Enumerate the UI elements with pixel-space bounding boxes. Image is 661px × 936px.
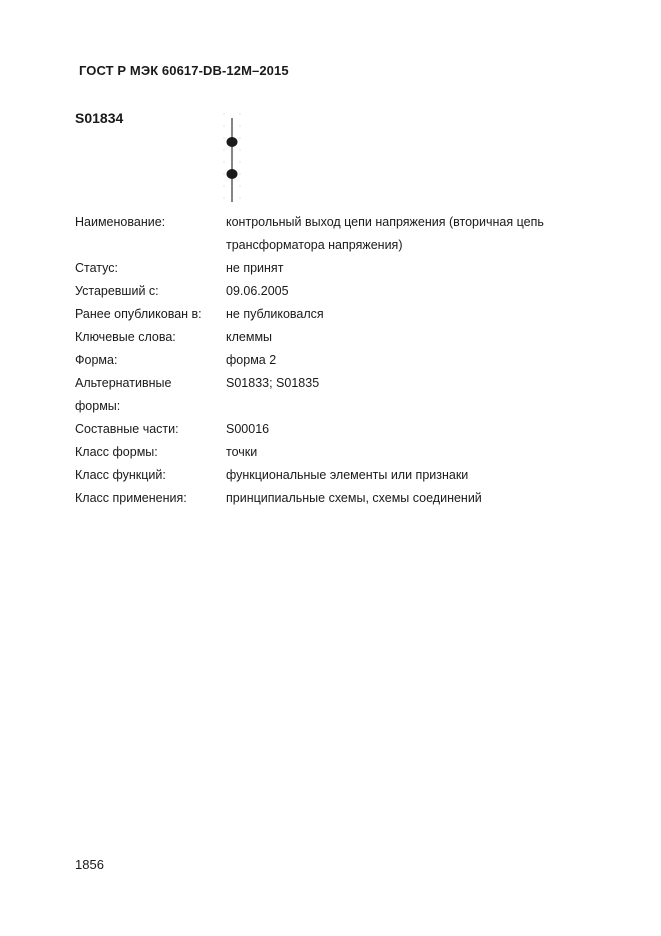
field-row-obsolete-since: Устаревший с: 09.06.2005 <box>75 280 615 303</box>
field-label: Статус: <box>75 257 226 280</box>
field-value: 09.06.2005 <box>226 280 615 303</box>
field-row-components: Составные части: S00016 <box>75 418 615 441</box>
field-row-form: Форма: форма 2 <box>75 349 615 372</box>
field-label: Ключевые слова: <box>75 326 226 349</box>
field-row-shape-class: Класс формы: точки <box>75 441 615 464</box>
symbol-code: S01834 <box>75 110 123 126</box>
field-value: S00016 <box>226 418 615 441</box>
field-label: Класс применения: <box>75 487 226 510</box>
field-row-status: Статус: не принят <box>75 257 615 280</box>
symbol-attributes: Наименование: контрольный выход цепи нап… <box>75 211 615 510</box>
field-value: точки <box>226 441 615 464</box>
page-number: 1856 <box>75 857 104 872</box>
field-value: S01833; S01835 <box>226 372 615 418</box>
field-row-keywords: Ключевые слова: клеммы <box>75 326 615 349</box>
field-value: функциональные элементы или признаки <box>226 464 615 487</box>
document-header: ГОСТ Р МЭК 60617-DB-12M–2015 <box>79 63 289 78</box>
field-value: не принят <box>226 257 615 280</box>
two-dots-on-vertical-line-icon <box>221 110 243 206</box>
field-label: Ранее опубликован в: <box>75 303 226 326</box>
field-label: Альтернативные формы: <box>75 372 185 418</box>
field-row-function-class: Класс функций: функциональные элементы и… <box>75 464 615 487</box>
field-value: форма 2 <box>226 349 615 372</box>
field-value: принципиальные схемы, схемы соединений <box>226 487 615 510</box>
field-label: Класс формы: <box>75 441 226 464</box>
field-row-alternative-forms: Альтернативные формы: S01833; S01835 <box>75 372 615 418</box>
field-value: клеммы <box>226 326 615 349</box>
field-value: контрольный выход цепи напряжения (втори… <box>226 211 615 257</box>
field-row-application-class: Класс применения: принципиальные схемы, … <box>75 487 615 510</box>
field-row-name: Наименование: контрольный выход цепи нап… <box>75 211 615 257</box>
field-label: Устаревший с: <box>75 280 226 303</box>
field-label: Класс функций: <box>75 464 226 487</box>
field-label: Форма: <box>75 349 226 372</box>
field-label: Наименование: <box>75 211 226 257</box>
field-label: Составные части: <box>75 418 226 441</box>
field-value: не публиковался <box>226 303 615 326</box>
field-row-previously-published: Ранее опубликован в: не публиковался <box>75 303 615 326</box>
